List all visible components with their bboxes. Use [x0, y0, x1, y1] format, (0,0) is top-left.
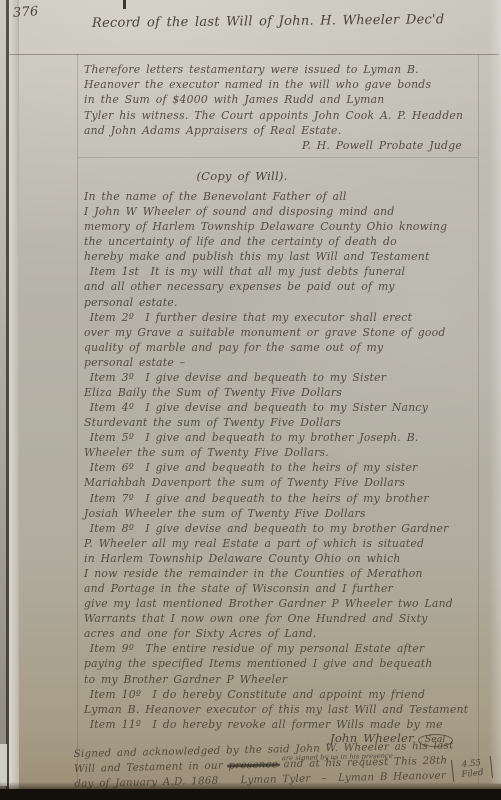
ledger-scan: 376 Record of the last Will of John. H. … [0, 0, 501, 800]
text-line: personal estate. [84, 295, 481, 310]
text-line: Item 10º I do hereby Constitute and appo… [84, 687, 481, 702]
text-line: in Harlem Township Delaware County Ohio … [84, 551, 481, 566]
top-crease-mark [123, 0, 126, 9]
section-divider-rule [77, 157, 478, 158]
probate-note-lines: Therefore letters testamentary were issu… [84, 62, 476, 138]
text-line: and Portage in the state of Wisconsin an… [84, 581, 481, 596]
text-line: Item 7º I give and bequeath to the heirs… [84, 491, 481, 506]
fee-note: 4.55 Filed [451, 756, 493, 782]
text-line: Therefore letters testamentary were issu… [84, 62, 476, 77]
text-line: Eliza Baily the Sum of Twenty Five Dolla… [84, 385, 481, 400]
text-line: Sturdevant the sum of Twenty Five Dollar… [84, 415, 481, 430]
text-line: give my last mentioned Brother Gardner P… [84, 596, 481, 611]
judge-signature: P. H. Powell Probate Judge [84, 138, 476, 153]
text-line: and John Adams Appraisers of Real Estate… [84, 123, 476, 138]
interlineated-correction: are signed by us in his presence [282, 749, 393, 766]
page-right-curvature [489, 0, 501, 784]
page-number: 376 [13, 4, 40, 21]
text-line: P. Wheeler all my real Estate a part of … [84, 536, 481, 551]
text-line: to my Brother Gardner P Wheeler [84, 672, 481, 687]
text-line: In the name of the Benevolant Father of … [84, 189, 481, 204]
text-line: Warrants that I now own one for One Hund… [84, 611, 481, 626]
text-line: hereby make and publish this my last Wil… [84, 249, 481, 264]
text-line: Item 6º I give and bequeath to the heirs… [84, 460, 481, 475]
probate-note: Therefore letters testamentary were issu… [84, 62, 476, 153]
header-rule [8, 54, 499, 55]
text-line: Item 3º I give devise and bequeath to my… [84, 370, 481, 385]
text-line: Mariahbah Davenport the sum of Twenty Fi… [84, 475, 481, 490]
left-margin-rule [77, 54, 78, 784]
will-text: In the name of the Benevolant Father of … [84, 189, 481, 732]
text-line: Item 4º I give devise and bequeath to my… [84, 400, 481, 415]
text-line: Item 9º The entire residue of my persona… [84, 641, 481, 656]
underlying-page-edge [9, 0, 19, 789]
desk-dark-strip [0, 789, 501, 800]
text-line: I now reside the remainder in the Counti… [84, 566, 481, 581]
text-line: the uncertainty of life and the certaint… [84, 234, 481, 249]
text-line: Heanover the executor named in the will … [84, 77, 476, 92]
attestation-line-2-text: Will and Testament in our [74, 759, 229, 775]
text-line: Lyman B. Heanover executor of this my la… [84, 702, 481, 717]
text-line: paying the specified Items mentioned I g… [84, 656, 481, 671]
text-line: Tyler his witness. The Court appoints Jo… [84, 108, 476, 123]
text-line: quality of marble and pay for the same o… [84, 340, 481, 355]
page-bottom-shadow [0, 782, 501, 789]
text-line: over my Grave a suitable monument or gra… [84, 325, 481, 340]
text-line: acres and one for Sixty Acres of Land. [84, 626, 481, 641]
text-line: Item 1st It is my will that all my just … [84, 264, 481, 279]
text-line: Wheeler the sum of Twenty Five Dollars. [84, 445, 481, 460]
text-line: Item 8º I give devise and bequeath to my… [84, 521, 481, 536]
struck-out-word: presence [228, 758, 278, 771]
text-line: and all other necessary expenses be paid… [84, 279, 481, 294]
text-line: Item 2º I further desire that my executo… [84, 310, 481, 325]
text-line: Josiah Wheeler the sum of Twenty Five Do… [84, 506, 481, 521]
copy-of-will-heading: (Copy of Will). [77, 169, 407, 183]
text-line: memory of Harlem Township Delaware Count… [84, 219, 481, 234]
text-line: Item 5º I give and bequeath to my brothe… [84, 430, 481, 445]
text-line: personal estate – [84, 355, 481, 370]
text-line: in the Sum of $4000 with James Rudd and … [84, 92, 476, 107]
fee-label: Filed [455, 767, 490, 780]
text-line: I John W Wheeler of sound and disposing … [84, 204, 481, 219]
bottom-left-page-sliver [0, 744, 7, 786]
text-line: Item 11º I do hereby revoke all former W… [84, 717, 481, 732]
